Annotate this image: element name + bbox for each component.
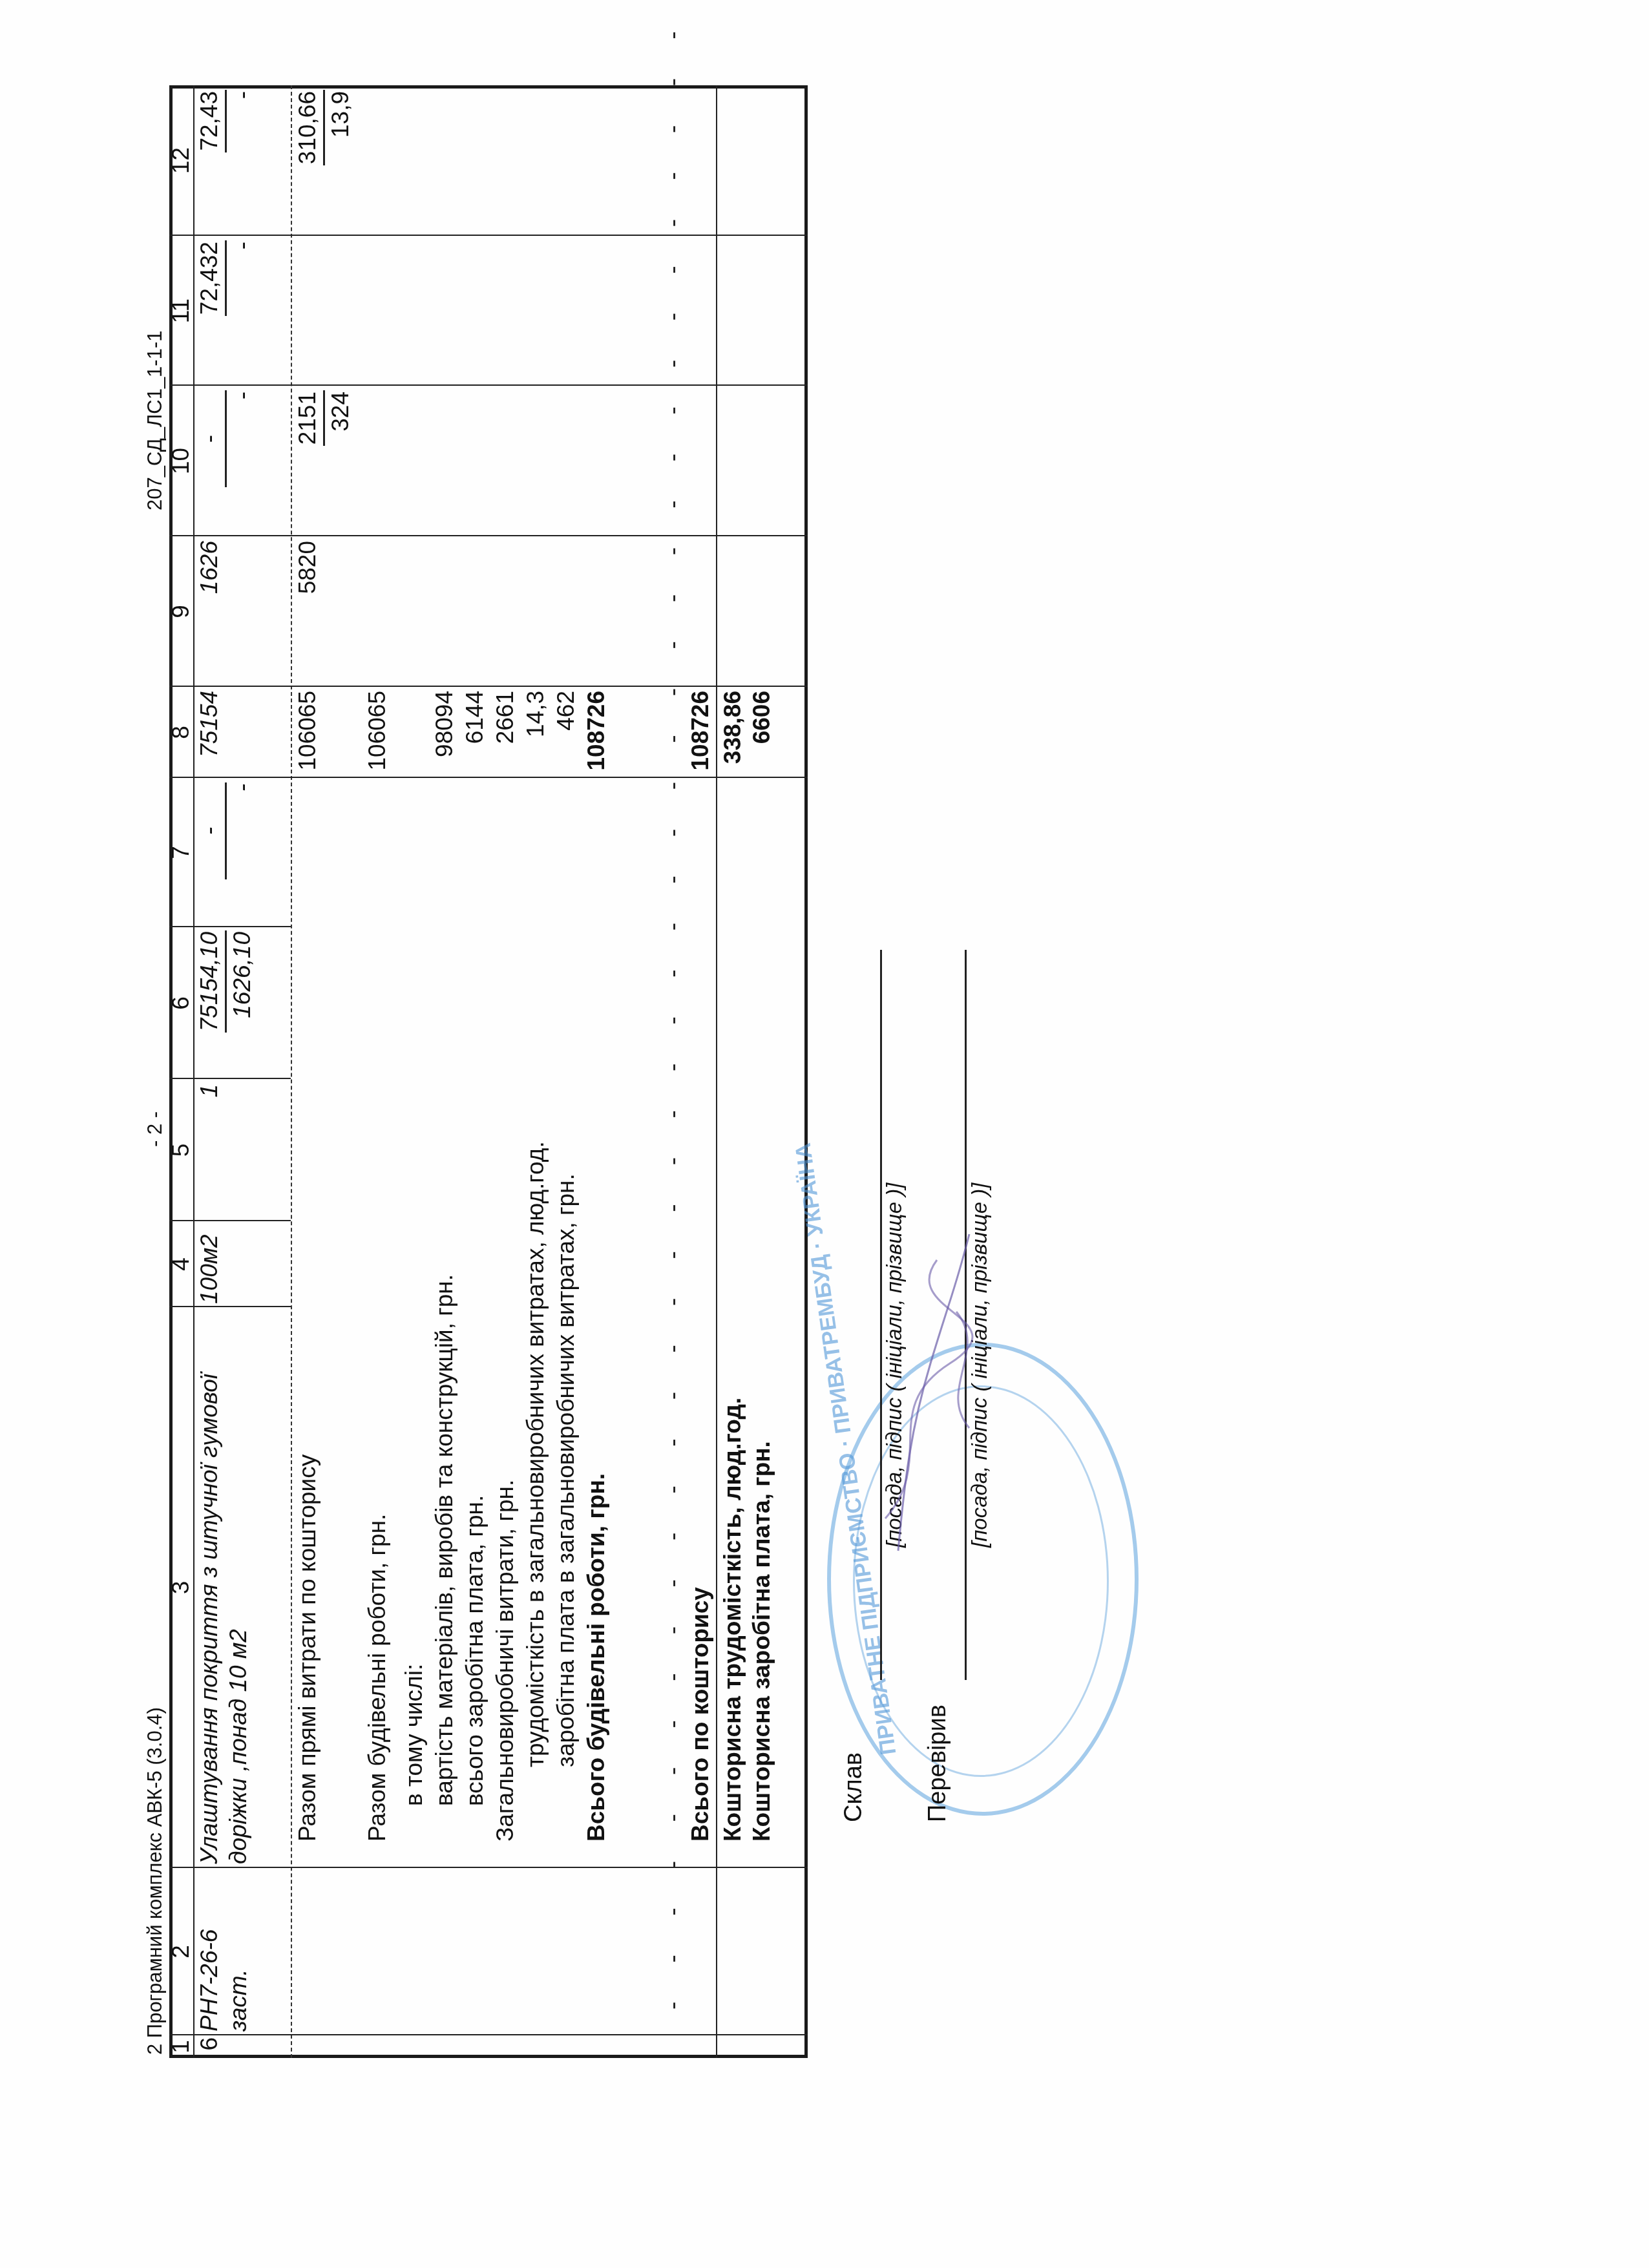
document-code: 207_СД_ЛС1_1-1-1 xyxy=(143,331,167,511)
summary-value: 98094 xyxy=(429,691,460,778)
col-divider xyxy=(169,535,808,536)
item-quantity: 1 xyxy=(194,1084,225,1221)
col-number: 6 xyxy=(165,927,196,1079)
summary-label: заробітна плата в загальновиробничих вит… xyxy=(551,1173,582,1767)
estimate-total-label: Всього по кошторису xyxy=(685,1587,716,1842)
summary-value: 106065 xyxy=(362,691,393,778)
item-number: 6 xyxy=(194,2037,225,2058)
col-divider xyxy=(169,2034,808,2035)
item-labor-total: 72,43- xyxy=(194,90,258,236)
summary-label: вартість матеріалів, виробів та конструк… xyxy=(429,1274,460,1806)
software-label: 2 Програмний комплекс АВК-5 (3.0.4) xyxy=(143,1707,167,2055)
col-number: 5 xyxy=(165,1079,196,1221)
estimate-total-value: 108726 xyxy=(685,691,716,778)
page-number: - 2 - xyxy=(143,1111,167,1147)
item-code-suffix: заст. xyxy=(223,1969,254,2032)
summary-value: 108726 xyxy=(581,691,612,778)
unit-cost-total: 75154,10 xyxy=(194,930,227,1033)
summary-value: 14,3 xyxy=(520,691,551,778)
col-number: 12 xyxy=(165,85,196,236)
estimate-wages-value: 6606 xyxy=(746,691,777,778)
col-number: 11 xyxy=(165,236,196,386)
summary-label: трудомісткість в загальновиробничих витр… xyxy=(520,1141,551,1767)
col-number: 1 xyxy=(165,2035,196,2058)
summary-label: Загальновиробничі витрати, грн. xyxy=(490,1480,521,1842)
direct-costs-label: Разом прямі витрати по кошторису xyxy=(292,1454,323,1842)
col7-top: - xyxy=(194,782,227,879)
item-unit-cost: 75154,101626,10 xyxy=(194,930,258,1079)
labor-unit-bottom: - xyxy=(227,240,258,316)
item-code: РН7-26-6 xyxy=(194,1929,225,2032)
direct-costs-col10: 2151324 xyxy=(292,390,356,536)
item-labor-unit: 72,432- xyxy=(194,240,258,386)
item-total-cost: 75154 xyxy=(194,691,225,778)
col10-top: - xyxy=(194,390,227,487)
direct-costs-total: 106065 xyxy=(292,691,323,778)
dc-labor-top: 310,66 xyxy=(292,90,325,165)
summary-label: всього заробітна плата, грн. xyxy=(459,1495,490,1806)
dc-labor-bottom: 13,9 xyxy=(325,90,356,165)
col-number: 10 xyxy=(165,386,196,536)
dc-col10-top: 2151 xyxy=(292,390,325,446)
col-number: 2 xyxy=(165,1868,196,2035)
item-wages: 1626 xyxy=(194,541,225,687)
item-unit: 100м2 xyxy=(194,1234,225,1304)
summary-value: 2661 xyxy=(490,691,521,778)
labor-total-bottom: - xyxy=(227,90,258,152)
col-divider xyxy=(169,1867,808,1868)
direct-costs-wages: 5820 xyxy=(292,541,323,687)
summary-label: Разом будівельні роботи, грн. xyxy=(362,1514,393,1842)
col-divider xyxy=(169,235,808,236)
col-number: 7 xyxy=(165,778,196,927)
dc-col10-bottom: 324 xyxy=(325,390,356,446)
summary-label: в тому числі: xyxy=(399,1664,430,1806)
unit-cost-wages: 1626,10 xyxy=(227,930,258,1033)
col10-bottom: - xyxy=(227,390,258,487)
item-description-2: доріжки ,понад 10 м2 xyxy=(223,1629,254,1864)
summary-label: Всього будівельні роботи, грн. xyxy=(581,1473,612,1842)
handwritten-signature xyxy=(859,1221,1002,1557)
item-col10: -- xyxy=(194,390,258,536)
item-col7: -- xyxy=(194,782,258,927)
col-number: 4 xyxy=(165,1221,196,1307)
col7-bottom: - xyxy=(227,782,258,879)
labor-total-top: 72,43 xyxy=(194,90,227,152)
col-divider xyxy=(169,384,808,386)
col-number: 9 xyxy=(165,536,196,687)
col-number: 8 xyxy=(165,687,196,778)
summary-value: 462 xyxy=(551,691,582,778)
compiled-by-label: Склав xyxy=(840,1752,868,1822)
item-description: Улаштування покриття з штучної гумової xyxy=(194,1374,225,1864)
labor-unit-top: 72,432 xyxy=(194,240,227,316)
summary-value: 6144 xyxy=(459,691,490,778)
checked-by-label: Перевірив xyxy=(924,1705,952,1822)
dash-separator: - - - - - - - - - - - - - - - - - - - - … xyxy=(659,0,686,2010)
estimate-page: 2 Програмний комплекс АВК-5 (3.0.4) - 2 … xyxy=(0,0,1649,2268)
direct-costs-labor: 310,6613,9 xyxy=(292,90,356,236)
labor-intensity-label: Кошторисна трудомісткість, люд.год. xyxy=(717,1398,748,1842)
labor-intensity-value: 338,86 xyxy=(717,691,748,778)
col-divider xyxy=(169,686,808,687)
col-number: 3 xyxy=(165,1307,196,1868)
estimate-wages-label: Кошторисна заробітна плата, грн. xyxy=(746,1441,777,1842)
